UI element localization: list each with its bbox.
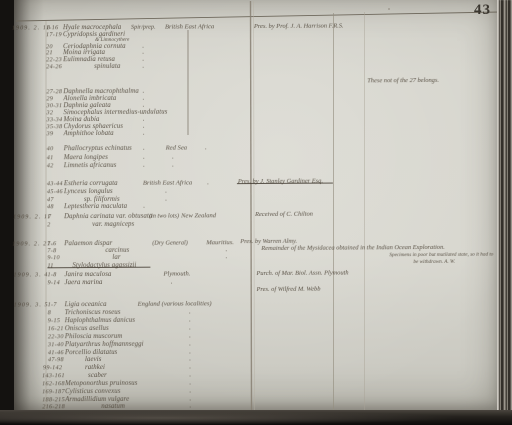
ditto-mark: · [189,318,191,325]
ditto-mark: · [189,342,191,349]
specimen-number-range: 9-10 [47,255,60,261]
marginal-annotation: Pres. of Wilfred M. Webb [257,287,321,294]
specimen-number-range: 9-14 [47,280,60,286]
desk-surface [0,410,512,425]
species-name: laevis [85,357,102,364]
species-name: Metoponorthus pruinosus [65,381,137,388]
ditto-mark: · [143,164,145,171]
entry-date: 1909. 3. 4 [13,272,48,278]
specimen-number-range: 45-46 [47,189,63,195]
species-name: spinulata [94,64,120,71]
species-name: Platyarthrus hoffmannseggi [65,342,144,349]
locality: British East Africa [165,24,214,31]
species-name: Haplophthalmus danicus [65,318,135,325]
species-name: Daphnia carinata var. obtusata [64,214,152,221]
species-name: Jaera marina [64,280,102,287]
species-name: Phallocryptus echinatus [64,146,132,153]
specimen-number-range: 143-161 [42,373,65,379]
specimen-number-range: 48 [47,204,54,210]
ditto-mark: · [225,255,227,262]
page-edges [497,0,512,412]
ditto-mark: · [165,198,167,205]
specimen-number-range: 42 [47,163,54,169]
marginal-annotation: Purch. of Mar. Biol. Assn. Plymouth [256,270,348,277]
entry-date: 1909. 3. 5 [14,302,49,308]
ditto-mark: · [189,326,191,333]
specimen-number-range: 43-44 [47,181,63,187]
ditto-mark: · [189,373,191,380]
specimen-number-range: 47-98 [48,357,64,363]
specimen-number-range: 24-26 [46,64,62,70]
ditto-mark: · [189,310,191,317]
specimen-number-range: 22-30 [48,334,64,340]
marginal-annotation: Specimens in poor but mutilated state, s… [389,253,493,259]
scanned-register-photo: 43 1909. 2. 181-16Hyale macrocephalaSpir… [0,0,512,425]
preservation-medium: (in two lots) [149,213,179,219]
specimen-number-range: 99-142 [43,365,62,371]
handwritten-entries-layer: 1909. 2. 181-16Hyale macrocephalaSpir/pr… [0,0,512,414]
species-name: Oniscus asellus [65,326,109,333]
locality: Mauritius. [206,240,234,247]
specimen-number-range: 40 [47,146,54,152]
ditto-mark: · [189,381,191,388]
preservation-medium: Spir/prep. [131,25,156,31]
species-name: Limnetis africanus [64,163,117,170]
specimen-number-range: 169-187 [42,389,65,395]
ditto-mark: · [170,281,172,288]
ditto-mark: · [172,164,174,171]
ditto-mark: · [172,156,174,163]
species-name: scaber [88,373,107,380]
species-name: rathkei [85,365,105,372]
specimen-number-range: 39 [47,131,54,137]
preservation-medium: (Dry General) [152,240,188,246]
locality: British East Africa [143,180,192,187]
species-name: Leptestheria maculata [64,204,127,211]
locality: England (various localities) [138,301,212,308]
ditto-mark: · [189,357,191,364]
species-name: Ligia oceanica [65,302,107,309]
specimen-number-range: 31-40 [48,342,64,348]
species-name: var. magniceps [92,222,134,229]
ditto-mark: · [189,365,191,372]
locality: New Zealand [181,213,216,220]
ditto-mark: · [189,334,191,341]
ditto-mark: · [207,181,209,188]
specimen-number-range: 1 [47,214,50,220]
specimen-number-range: 16-21 [48,326,64,332]
ditto-mark: · [205,146,207,153]
ditto-mark: · [143,205,145,212]
specimen-number-range: 17-19 [46,32,62,38]
marginal-annotation: Pres. by Prof. J. A. Harrison F.R.S. [254,23,344,30]
species-name: Lynceus longulus [64,189,113,196]
specimen-number-range: 1-8 [47,272,56,278]
ditto-mark: · [142,65,144,72]
species-name: Maera longipes [64,155,108,162]
specimen-number-range: 9-15 [48,318,61,324]
locality: Plymouth. [163,271,190,278]
species-name: lar [112,255,120,262]
ditto-mark: · [189,389,191,396]
species-name: Amphithoe lobata [64,131,114,138]
ditto-mark: · [143,147,145,154]
ditto-mark: · [165,190,167,197]
ditto-mark: · [143,156,145,163]
specimen-number-range: 8 [48,310,51,316]
marginal-annotation: be withdrawn. A. W. [413,260,455,265]
specimen-number-range: 1-7 [48,302,57,308]
marginal-annotation: Received of C. Chilton [255,212,313,219]
specimen-number-range: 162-168 [42,381,65,387]
marginal-annotation: These not of the 27 belongs. [367,78,439,85]
species-name: Janira maculosa [64,272,111,279]
specimen-number-range: 2 [47,222,50,228]
locality: Red Sea [166,145,187,152]
specimen-number-range: 41 [47,155,54,161]
ditto-mark: · [143,132,145,139]
